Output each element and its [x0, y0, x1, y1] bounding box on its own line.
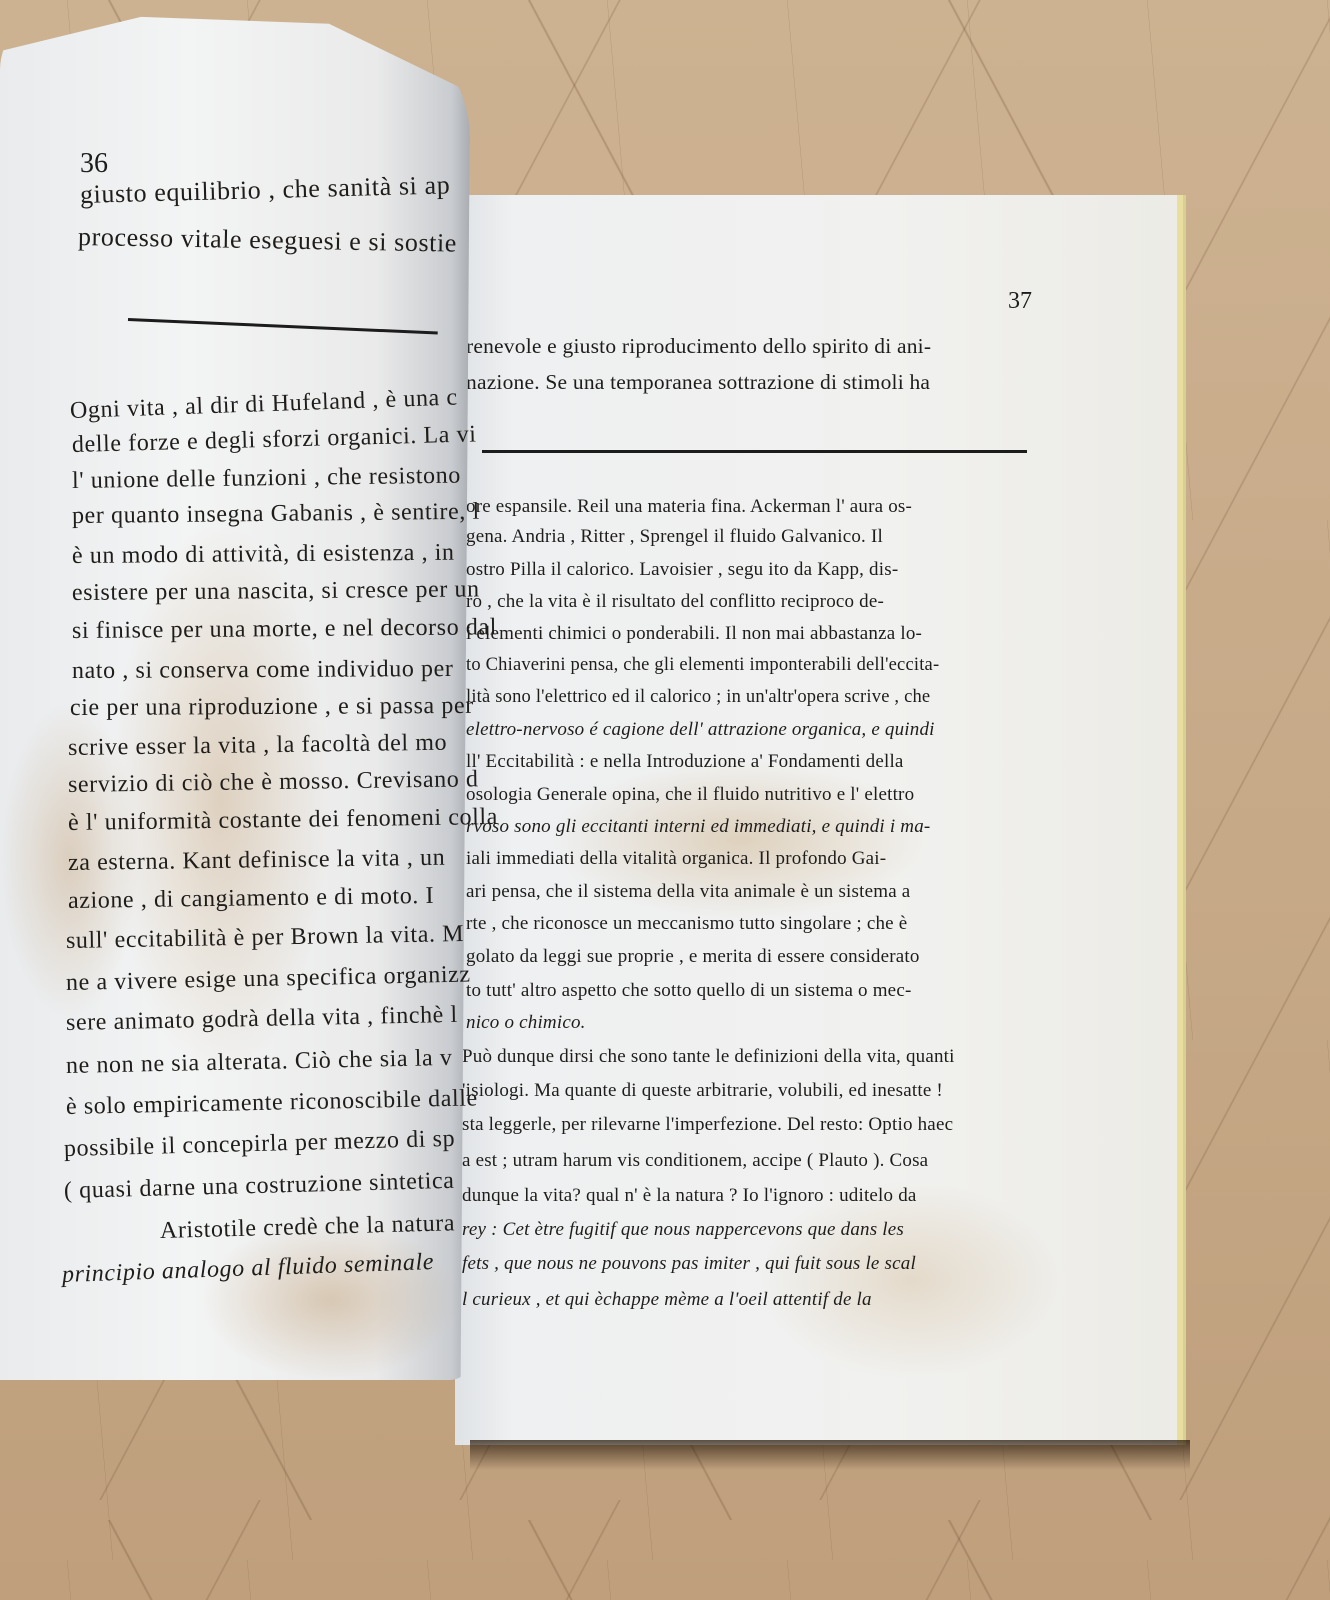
page-number-left: 36 [80, 148, 108, 180]
text-line: si finisce per una morte, e nel decorso … [72, 614, 497, 645]
text-line: è un modo di attività, di esistenza , in [72, 540, 455, 570]
text-line: lità sono l'elettrico ed il calorico ; i… [466, 687, 930, 708]
text-line: renevole e giusto riproducimento dello s… [466, 334, 931, 359]
text-line: za esterna. Kant definisce la vita , un [68, 845, 446, 877]
text-line: i elementi chimici o ponderabili. Il non… [466, 623, 922, 645]
text-line: per quanto insegna Gabanis , è sentire, … [72, 499, 480, 530]
page-shadow [470, 1440, 1190, 1470]
foxing-stain [200, 1220, 460, 1380]
text-line: nato , si conserva come individuo per [72, 656, 454, 685]
text-line: elettro-nervoso é cagione dell' attrazio… [466, 719, 935, 741]
text-line: iali immediati della vitalità organica. … [466, 848, 886, 870]
text-line: rvoso sono gli eccitanti interni ed imme… [466, 816, 930, 838]
text-line: rte , che riconosce un meccanismo tutto … [466, 913, 907, 935]
page-number-right: 37 [1008, 288, 1032, 315]
text-line: nazione. Se una temporanea sottrazione d… [466, 370, 930, 395]
section-rule [482, 450, 1027, 453]
text-line: a est ; utram harum vis conditionem, acc… [462, 1150, 928, 1172]
text-line: esistere per una nascita, si cresce per … [72, 576, 480, 607]
text-line: ll' Eccitabilità : e nella Introduzione … [466, 751, 904, 773]
text-line: ore espansile. Reil una materia fina. Ac… [466, 496, 912, 518]
text-line: osologia Generale opina, che il fluido n… [466, 784, 914, 806]
text-line: to Chiaverini pensa, che gli elementi im… [466, 655, 939, 676]
text-line: ro , che la vita è il risultato del conf… [466, 591, 884, 613]
text-line: cie per una riproduzione , e si passa pe… [70, 693, 474, 722]
text-line: fets , que nous ne pouvons pas imiter , … [462, 1253, 916, 1275]
text-line: 'isiologi. Ma quante di queste arbitrari… [462, 1080, 943, 1102]
text-line: sta leggerle, per rilevarne l'imperfezio… [462, 1114, 953, 1136]
text-line: golato da leggi sue proprie , e merita d… [466, 946, 920, 968]
text-line: gena. Andria , Ritter , Sprengel il flui… [466, 526, 883, 548]
text-line: to tutt' altro aspetto che sotto quello … [466, 980, 911, 1002]
text-line: rey : Cet ètre fugitif que nous napperce… [462, 1219, 904, 1241]
text-line: scrive esser la vita , la facoltà del mo [68, 730, 448, 762]
foxing-stain [760, 1180, 1060, 1380]
text-line: Può dunque dirsi che sono tante le defin… [462, 1046, 955, 1068]
text-line: l' unione delle funzioni , che resistono [72, 463, 461, 495]
text-line: dunque la vita? qual n' è la natura ? Io… [462, 1185, 917, 1207]
text-line: ari pensa, che il sistema della vita ani… [466, 881, 910, 903]
text-line: l curieux , et qui èchappe mème a l'oeil… [462, 1289, 872, 1311]
text-line: servizio di ciò che è mosso. Crevisano d [68, 766, 479, 799]
text-line: nico o chimico. [466, 1012, 586, 1034]
text-line: azione , di cangiamento e di moto. I [68, 883, 434, 915]
text-line: ostro Pilla il calorico. Lavoisier , seg… [466, 559, 898, 581]
